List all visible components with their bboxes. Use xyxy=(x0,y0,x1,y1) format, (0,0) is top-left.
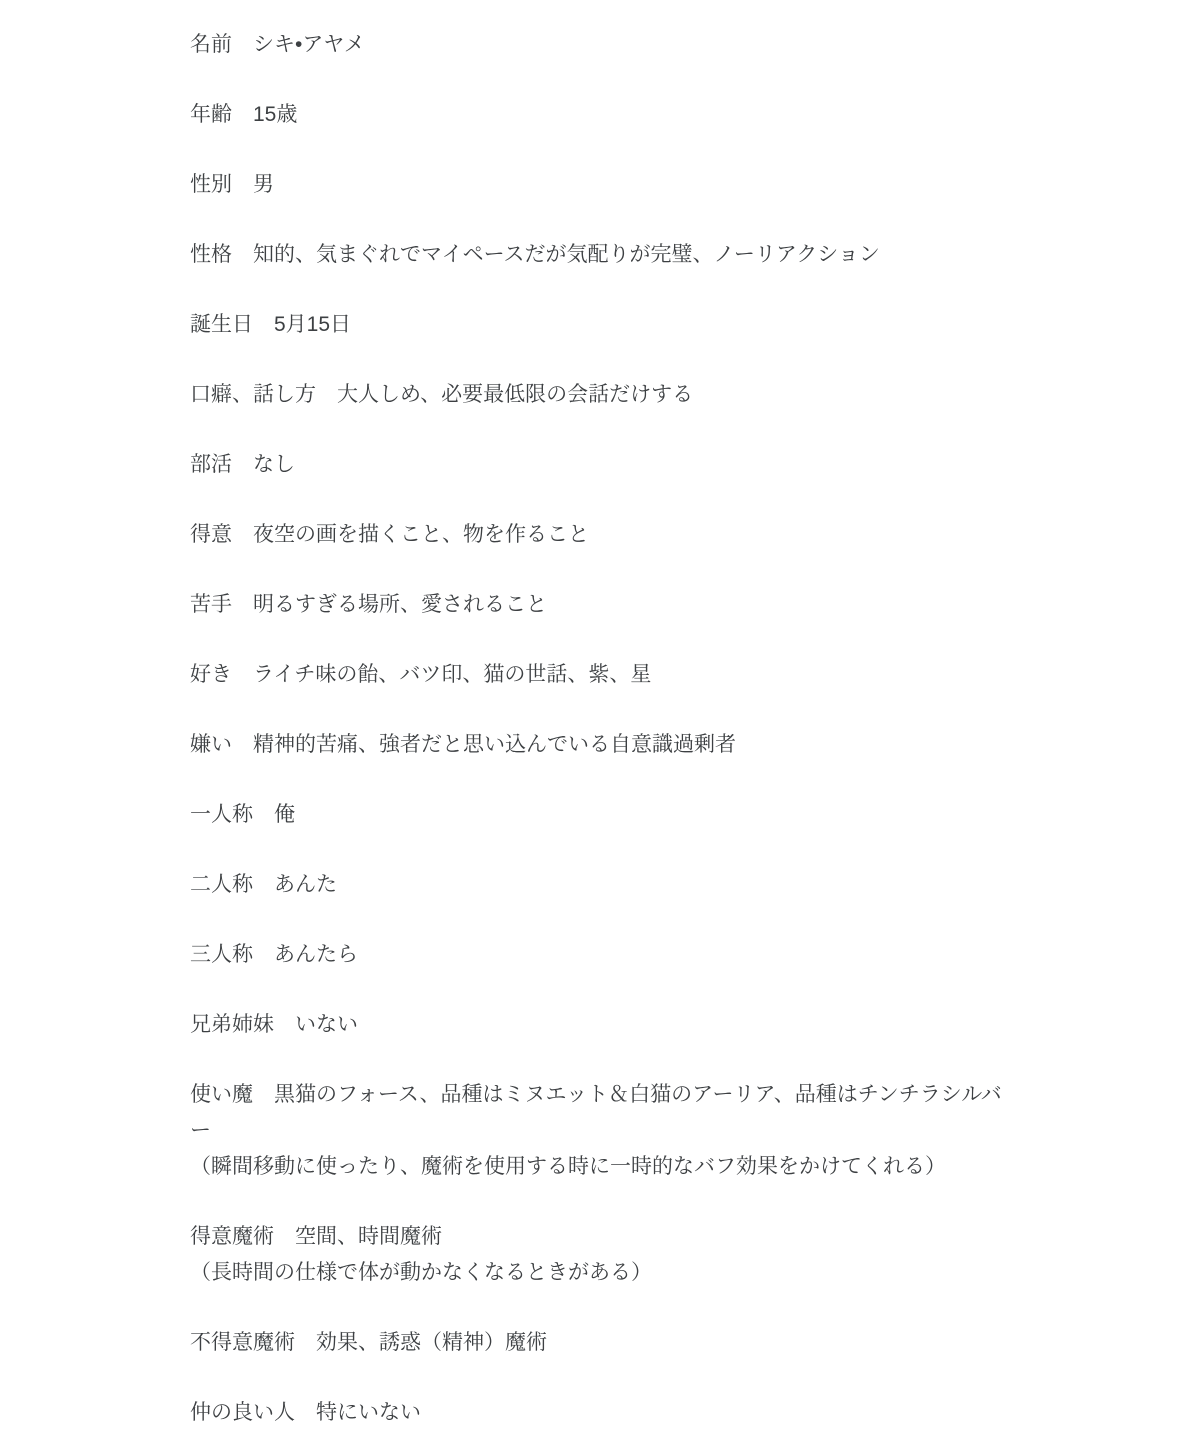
profile-entry: 得意 夜空の画を描くこと、物を作ること xyxy=(190,517,1014,553)
entry-label: 嫌い xyxy=(190,733,232,756)
entry-value: 黒猫のフォース、品種はミヌエット＆白猫のアーリア、品種はチンチラシルバー xyxy=(190,1083,1002,1142)
entry-label: 誕生日 xyxy=(190,313,253,336)
entry-label: 兄弟姉妹 xyxy=(190,1013,274,1036)
entry-separator xyxy=(295,1331,316,1354)
entry-label: 性格 xyxy=(190,243,232,266)
entry-note: （瞬間移動に使ったり、魔術を使用する時に一時的なバフ効果をかけてくれる） xyxy=(190,1149,1014,1185)
entry-separator xyxy=(274,1013,295,1036)
entry-label: 部活 xyxy=(190,453,232,476)
entry-separator xyxy=(253,943,274,966)
entry-separator xyxy=(232,103,253,126)
entry-value: シキ•アヤメ xyxy=(253,33,365,56)
profile-entry: 一人称 俺 xyxy=(190,797,1014,833)
entry-value: 男 xyxy=(253,173,274,196)
profile-entry: 三人称 あんたら xyxy=(190,937,1014,973)
profile-entry: 仲の良い人 特にいない xyxy=(190,1395,1014,1431)
profile-entry: 名前 シキ•アヤメ xyxy=(190,27,1014,63)
entry-separator xyxy=(232,523,253,546)
entry-separator xyxy=(232,663,253,686)
entry-separator xyxy=(232,733,253,756)
entry-value: 5月15日 xyxy=(274,313,351,336)
entry-label: 苦手 xyxy=(190,593,232,616)
profile-entry: 兄弟姉妹 いない xyxy=(190,1007,1014,1043)
profile-entry: 好き ライチ味の飴、バツ印、猫の世話、紫、星 xyxy=(190,657,1014,693)
profile-entry: 使い魔 黒猫のフォース、品種はミヌエット＆白猫のアーリア、品種はチンチラシルバー… xyxy=(190,1077,1014,1185)
entry-value: 大人しめ、必要最低限の会話だけする xyxy=(337,383,693,406)
entry-separator xyxy=(232,243,253,266)
profile-entry: 口癖、話し方 大人しめ、必要最低限の会話だけする xyxy=(190,377,1014,413)
entry-value: 俺 xyxy=(274,803,295,826)
profile-entry: 苦手 明るすぎる場所、愛されること xyxy=(190,587,1014,623)
entry-separator xyxy=(253,1083,274,1106)
entry-separator xyxy=(232,593,253,616)
entry-separator xyxy=(253,873,274,896)
entry-separator xyxy=(232,453,253,476)
profile-entry: 得意魔術 空間、時間魔術（長時間の仕様で体が動かなくなるときがある） xyxy=(190,1219,1014,1291)
entry-value: あんた xyxy=(274,873,337,896)
entry-label: 口癖、話し方 xyxy=(190,383,316,406)
entry-separator xyxy=(232,33,253,56)
entry-separator xyxy=(232,173,253,196)
entry-value: 空間、時間魔術 xyxy=(295,1225,442,1248)
profile-entry: 誕生日 5月15日 xyxy=(190,307,1014,343)
entry-note: （長時間の仕様で体が動かなくなるときがある） xyxy=(190,1255,1014,1291)
profile-document: 名前 シキ•アヤメ 年齢 15歳 性別 男 性格 知的、気まぐれでマイペースだが… xyxy=(0,0,1014,1431)
entry-separator xyxy=(316,383,337,406)
entry-separator xyxy=(295,1401,316,1424)
entry-value: 夜空の画を描くこと、物を作ること xyxy=(253,523,589,546)
entry-label: 不得意魔術 xyxy=(190,1331,295,1354)
entry-value: いない xyxy=(295,1013,358,1036)
entry-value: ライチ味の飴、バツ印、猫の世話、紫、星 xyxy=(253,663,651,686)
profile-entry: 嫌い 精神的苦痛、強者だと思い込んでいる自意識過剰者 xyxy=(190,727,1014,763)
entry-value: 15歳 xyxy=(253,103,297,126)
entry-label: 年齢 xyxy=(190,103,232,126)
entry-value: 明るすぎる場所、愛されること xyxy=(253,593,547,616)
entry-label: 得意 xyxy=(190,523,232,546)
profile-entry: 性別 男 xyxy=(190,167,1014,203)
entry-label: 一人称 xyxy=(190,803,253,826)
profile-entry: 二人称 あんた xyxy=(190,867,1014,903)
profile-entry: 性格 知的、気まぐれでマイペースだが気配りが完璧、ノーリアクション xyxy=(190,237,1014,273)
entry-separator xyxy=(274,1225,295,1248)
entry-value: 特にいない xyxy=(316,1401,421,1424)
entry-value: 知的、気まぐれでマイペースだが気配りが完璧、ノーリアクション xyxy=(253,243,880,266)
entry-label: 好き xyxy=(190,663,232,686)
entry-label: 得意魔術 xyxy=(190,1225,274,1248)
entry-label: 三人称 xyxy=(190,943,253,966)
entry-label: 名前 xyxy=(190,33,232,56)
profile-entry: 部活 なし xyxy=(190,447,1014,483)
entry-separator xyxy=(253,803,274,826)
entry-value: 効果、誘惑（精神）魔術 xyxy=(316,1331,547,1354)
profile-entry: 不得意魔術 効果、誘惑（精神）魔術 xyxy=(190,1325,1014,1361)
entry-value: なし xyxy=(253,453,295,476)
entry-value: 精神的苦痛、強者だと思い込んでいる自意識過剰者 xyxy=(253,733,736,756)
entry-separator xyxy=(253,313,274,336)
entry-label: 仲の良い人 xyxy=(190,1401,295,1424)
profile-entry: 年齢 15歳 xyxy=(190,97,1014,133)
entry-label: 使い魔 xyxy=(190,1083,253,1106)
entry-value: あんたら xyxy=(274,943,358,966)
entry-label: 性別 xyxy=(190,173,232,196)
entry-label: 二人称 xyxy=(190,873,253,896)
